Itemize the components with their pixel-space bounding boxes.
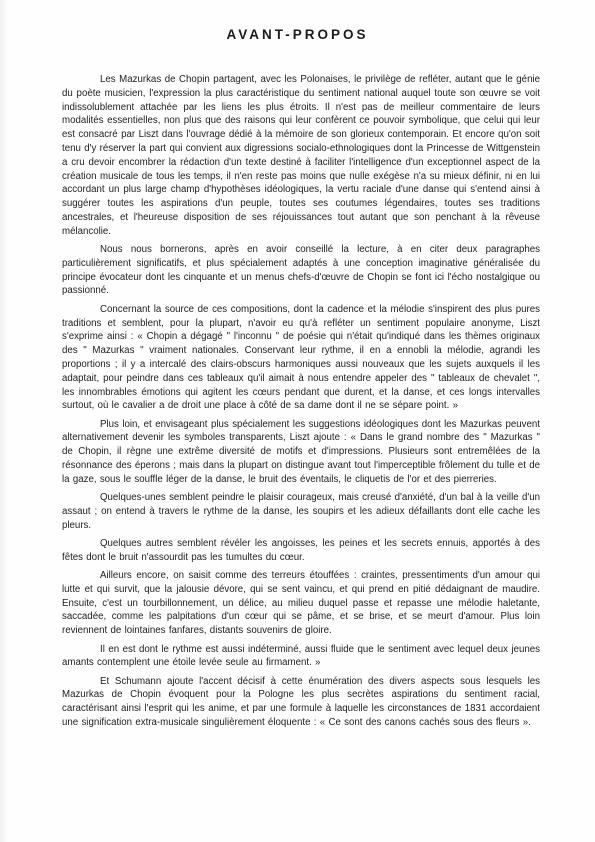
paragraph: Nous nous bornerons, après en avoir cons… bbox=[62, 243, 540, 298]
paragraph: Ailleurs encore, on saisit comme des ter… bbox=[62, 569, 540, 638]
paragraph: Il en est dont le rythme est aussi indét… bbox=[62, 643, 540, 671]
paragraph: Plus loin, et envisageant plus spécialem… bbox=[62, 418, 540, 487]
paragraph: Les Mazurkas de Chopin partagent, avec l… bbox=[62, 73, 540, 239]
document-body: Les Mazurkas de Chopin partagent, avec l… bbox=[62, 73, 540, 734]
document-page: AVANT-PROPOS Les Mazurkas de Chopin part… bbox=[0, 0, 595, 842]
paragraph: Quelques autres semblent révéler les ang… bbox=[62, 537, 540, 565]
page-title: AVANT-PROPOS bbox=[0, 27, 595, 42]
paragraph: Concernant la source de ces compositions… bbox=[62, 303, 540, 413]
paragraph: Et Schumann ajoute l'accent décisif à ce… bbox=[62, 675, 540, 730]
paragraph: Quelques-unes semblent peindre le plaisi… bbox=[62, 491, 540, 532]
